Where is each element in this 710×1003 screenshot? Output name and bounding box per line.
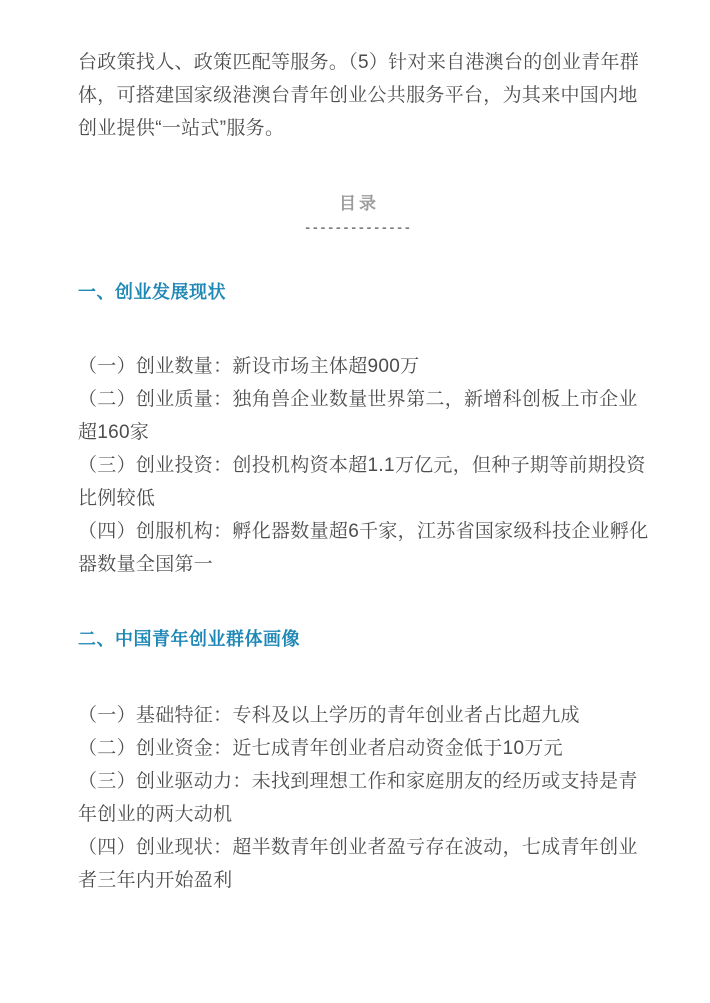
toc-title: 目录 xyxy=(78,189,640,214)
section-1-entries: （一）创业数量：新设市场主体超900万 （二）创业质量：独角兽企业数量世界第二，… xyxy=(78,350,650,581)
toc-entry: （一）创业数量：新设市场主体超900万 xyxy=(78,350,650,383)
section-heading-2: 二、中国青年创业群体画像 xyxy=(78,625,640,651)
intro-paragraph: 台政策找人、政策匹配等服务。（5）针对来自港澳台的创业青年群体，可搭建国家级港澳… xyxy=(78,46,650,145)
toc-entry: （三）创业投资：创投机构资本超1.1万亿元，但种子期等前期投资比例较低 xyxy=(78,449,650,515)
document-page: 台政策找人、政策匹配等服务。（5）针对来自港澳台的创业青年群体，可搭建国家级港澳… xyxy=(0,0,710,1003)
toc-entry: （二）创业资金：近七成青年创业者启动资金低于10万元 xyxy=(78,732,650,765)
toc-header: 目录 -------------- xyxy=(78,189,640,234)
section-heading-1: 一、创业发展现状 xyxy=(78,278,640,304)
toc-entry: （四）创服机构：孵化器数量超6千家，江苏省国家级科技企业孵化器数量全国第一 xyxy=(78,515,650,581)
toc-entry: （四）创业现状：超半数青年创业者盈亏存在波动，七成青年创业者三年内开始盈利 xyxy=(78,831,650,897)
toc-entry: （二）创业质量：独角兽企业数量世界第二，新增科创板上市企业超160家 xyxy=(78,383,650,449)
toc-entry: （一）基础特征：专科及以上学历的青年创业者占比超九成 xyxy=(78,699,650,732)
section-2-entries: （一）基础特征：专科及以上学历的青年创业者占比超九成 （二）创业资金：近七成青年… xyxy=(78,699,650,897)
toc-divider: -------------- xyxy=(78,220,640,234)
toc-entry: （三）创业驱动力：未找到理想工作和家庭朋友的经历或支持是青年创业的两大动机 xyxy=(78,765,650,831)
